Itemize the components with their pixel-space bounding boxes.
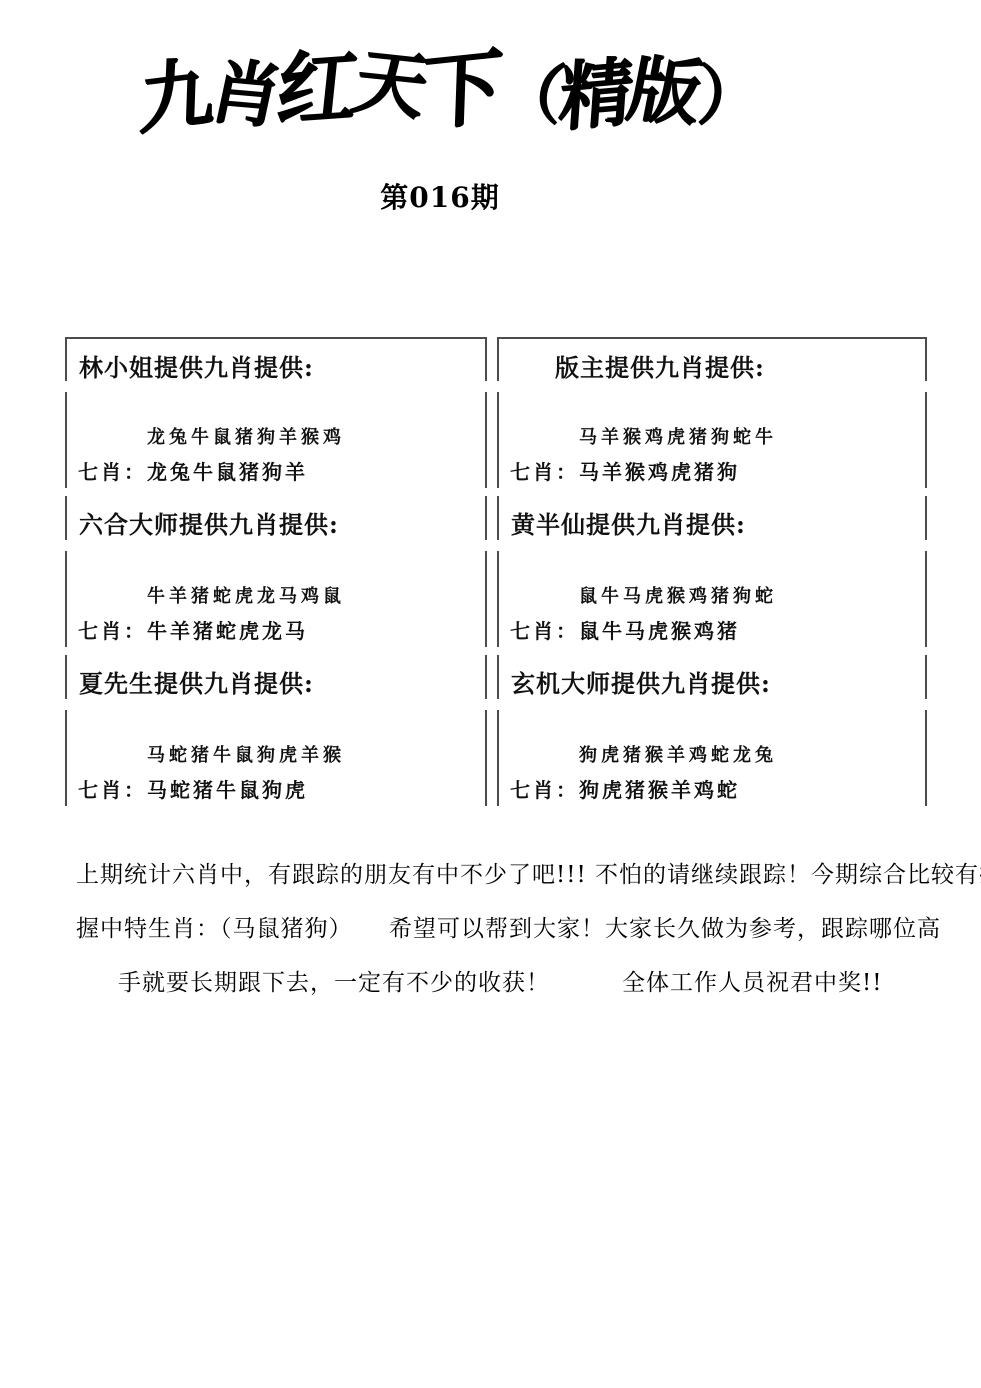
section-header-xiaxiansheng: 夏先生提供九肖提供: [65, 655, 487, 699]
provider-title: 黄半仙提供九肖提供: [511, 510, 746, 539]
right-column: 版主提供九肖提供: 马羊猴鸡虎猪狗蛇牛 七肖：马羊猴鸡虎猪狗 黄半仙提供九肖提供… [497, 337, 927, 814]
left-column: 林小姐提供九肖提供: 龙兔牛鼠猪狗羊猴鸡 七肖：龙兔牛鼠猪狗羊 六合大师提供九肖… [65, 337, 487, 814]
footer-line: 上期统计六肖中，有跟踪的朋友有中不少了吧!!! 不怕的请继续跟踪！今期综合比较有… [76, 848, 916, 902]
provider-title: 版主提供九肖提供: [555, 353, 765, 382]
issue-label: 第016期 [70, 176, 810, 216]
seven-zodiac-line: 七肖：马蛇猪牛鼠狗虎 [78, 774, 485, 803]
seven-zodiac-line: 七肖：牛羊猪蛇虎龙马 [78, 615, 485, 644]
page-title: 九肖红天下（精版） [70, 48, 830, 130]
seven-zodiac-line: 七肖：鼠牛马虎猴鸡猪 [510, 615, 925, 644]
provider-title: 夏先生提供九肖提供: [79, 669, 314, 698]
seven-zodiac-line: 七肖：龙兔牛鼠猪狗羊 [78, 456, 485, 485]
section-header-liuhedashi: 六合大师提供九肖提供: [65, 496, 487, 540]
seven-zodiac-line: 七肖：马羊猴鸡虎猪狗 [510, 456, 925, 485]
page: 九肖红天下（精版） 第016期 林小姐提供九肖提供: 龙兔牛鼠猪狗羊猴鸡 七肖：… [0, 0, 981, 1388]
section-content-liuhedashi: 牛羊猪蛇虎龙马鸡鼠 七肖：牛羊猪蛇虎龙马 [65, 551, 487, 647]
section-header-linxiaojie: 林小姐提供九肖提供: [65, 337, 487, 381]
footer-line: 握中特生肖：（马鼠猪狗） 希望可以帮到大家！大家长久做为参考，跟踪哪位高 [76, 902, 916, 956]
section-header-xuanjidashi: 玄机大师提供九肖提供: [497, 655, 927, 699]
section-content-banzhu: 马羊猴鸡虎猪狗蛇牛 七肖：马羊猴鸡虎猪狗 [497, 392, 927, 488]
nine-zodiac-line: 鼠牛马虎猴鸡猪狗蛇 [579, 582, 925, 608]
section-header-huangbanxian: 黄半仙提供九肖提供: [497, 496, 927, 540]
section-content-linxiaojie: 龙兔牛鼠猪狗羊猴鸡 七肖：龙兔牛鼠猪狗羊 [65, 392, 487, 488]
seven-zodiac-line: 七肖：狗虎猪猴羊鸡蛇 [510, 774, 925, 803]
nine-zodiac-line: 马蛇猪牛鼠狗虎羊猴 [147, 741, 485, 767]
provider-title: 林小姐提供九肖提供: [79, 353, 314, 382]
provider-title: 六合大师提供九肖提供: [79, 510, 339, 539]
predictions-table: 林小姐提供九肖提供: 龙兔牛鼠猪狗羊猴鸡 七肖：龙兔牛鼠猪狗羊 六合大师提供九肖… [65, 337, 927, 814]
nine-zodiac-line: 牛羊猪蛇虎龙马鸡鼠 [147, 582, 485, 608]
section-header-banzhu: 版主提供九肖提供: [497, 337, 927, 381]
nine-zodiac-line: 马羊猴鸡虎猪狗蛇牛 [579, 423, 925, 449]
provider-title: 玄机大师提供九肖提供: [511, 669, 771, 698]
section-content-xiaxiansheng: 马蛇猪牛鼠狗虎羊猴 七肖：马蛇猪牛鼠狗虎 [65, 710, 487, 806]
footer-note: 上期统计六肖中，有跟踪的朋友有中不少了吧!!! 不怕的请继续跟踪！今期综合比较有… [76, 848, 916, 1010]
section-content-huangbanxian: 鼠牛马虎猴鸡猪狗蛇 七肖：鼠牛马虎猴鸡猪 [497, 551, 927, 647]
nine-zodiac-line: 龙兔牛鼠猪狗羊猴鸡 [147, 423, 485, 449]
section-content-xuanjidashi: 狗虎猪猴羊鸡蛇龙兔 七肖：狗虎猪猴羊鸡蛇 [497, 710, 927, 806]
nine-zodiac-line: 狗虎猪猴羊鸡蛇龙兔 [579, 741, 925, 767]
footer-line: 手就要长期跟下去，一定有不少的收获！ 全体工作人员祝君中奖!! [76, 956, 916, 1010]
